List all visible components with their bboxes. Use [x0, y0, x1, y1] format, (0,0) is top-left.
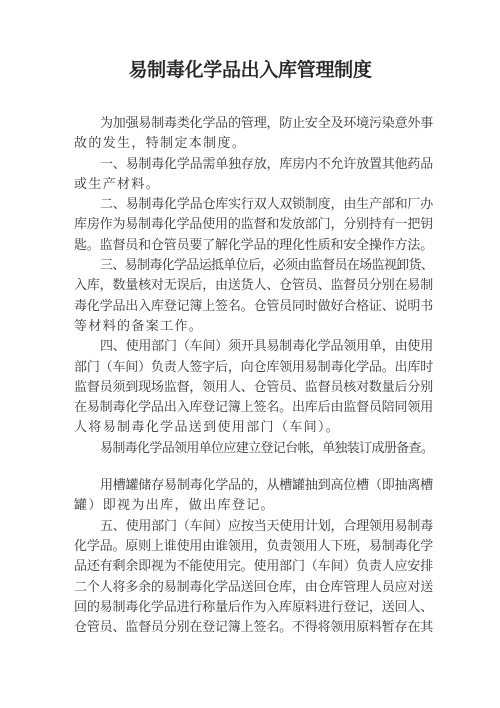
text-line: 或生产材料。	[74, 174, 433, 194]
paragraph: 二、易制毒化学品仓库实行双人双锁制度，由生产部和厂办库房作为易制毒化学品使用的监…	[74, 194, 433, 255]
document-title: 易制毒化学品出入库管理制度	[0, 57, 500, 85]
paragraph: 四、使用部门（车间）须开具易制毒化学品领用单，由使用部门（车间）负责人签字后，向…	[74, 336, 433, 437]
text-line: 五、使用部门（车间）应按当天使用计划，合理领用易制毒	[74, 516, 433, 536]
text-line: 罐）即视为出库，做出库登记。	[74, 495, 433, 515]
text-line: 库房作为易制毒化学品使用的监督和发放部门，分别持有一把钥	[74, 214, 433, 234]
text-line: 二个人将多余的易制毒化学品送回仓库，由仓库管理人员应对送	[74, 577, 433, 597]
text-line: 匙。监督员和仓管员要了解化学品的理化性质和安全操作方法。	[74, 235, 433, 255]
text-line: 故的发生，特制定本制度。	[74, 133, 433, 153]
text-line: 品还有剩余即视为不能使用完。使用部门（车间）负责人应安排	[74, 556, 433, 576]
text-line: 一、易制毒化学品需单独存放，库房内不允许放置其他药品	[74, 154, 433, 174]
text-line: 人将易制毒化学品送到使用部门（车间）。	[74, 417, 433, 437]
text-line: 用槽罐储存易制毒化学品的，从槽罐抽到高位槽（即抽离槽	[74, 475, 433, 495]
text-line: 仓管员、监督员分别在登记簿上签名。不得将领用原料暂存在其	[74, 617, 433, 637]
text-line: 部门（车间）负责人签字后，向仓库领用易制毒化学品。出库时	[74, 357, 433, 377]
text-line: 监督员须到现场监督，领用人、仓管员、监督员核对数量后分别	[74, 377, 433, 397]
document-body: 为加强易制毒类化学品的管理，防止安全及环境污染意外事故的发生，特制定本制度。一、…	[74, 113, 433, 637]
text-line: 化学品。原则上谁使用由谁领用，负责领用人下班，易制毒化学	[74, 536, 433, 556]
paragraph: 三、易制毒化学品运抵单位后，必须由监督员在场监视卸货、入库，数量核对无误后，由送…	[74, 255, 433, 336]
text-line: 四、使用部门（车间）须开具易制毒化学品领用单，由使用	[74, 336, 433, 356]
text-line: 在易制毒化学品出入库登记簿上签名。出库后由监督员陪同领用	[74, 397, 433, 417]
paragraph: 用槽罐储存易制毒化学品的，从槽罐抽到高位槽（即抽离槽罐）即视为出库，做出库登记。	[74, 475, 433, 516]
text-line: 毒化学品出入库登记簿上签名。仓管员同时做好合格证、说明书	[74, 296, 433, 316]
text-line: 等材料的备案工作。	[74, 316, 433, 336]
text-line: 易制毒化学品领用单位应建立登记台帐，单独装订成册备查。	[74, 438, 433, 458]
text-line: 回的易制毒化学品进行称量后作为入库原料进行登记，送回人、	[74, 597, 433, 617]
text-line: 二、易制毒化学品仓库实行双人双锁制度，由生产部和厂办	[74, 194, 433, 214]
paragraph: 五、使用部门（车间）应按当天使用计划，合理领用易制毒化学品。原则上谁使用由谁领用…	[74, 516, 433, 638]
paragraph: 为加强易制毒类化学品的管理，防止安全及环境污染意外事故的发生，特制定本制度。	[74, 113, 433, 154]
text-line: 三、易制毒化学品运抵单位后，必须由监督员在场监视卸货、	[74, 255, 433, 275]
document-page: 易制毒化学品出入库管理制度 为加强易制毒类化学品的管理，防止安全及环境污染意外事…	[0, 0, 500, 708]
paragraph: 易制毒化学品领用单位应建立登记台帐，单独装订成册备查。	[74, 438, 433, 458]
text-line: 入库，数量核对无误后，由送货人、仓管员、监督员分别在易制	[74, 275, 433, 295]
text-line: 为加强易制毒类化学品的管理，防止安全及环境污染意外事	[74, 113, 433, 133]
paragraph: 一、易制毒化学品需单独存放，库房内不允许放置其他药品或生产材料。	[74, 154, 433, 195]
